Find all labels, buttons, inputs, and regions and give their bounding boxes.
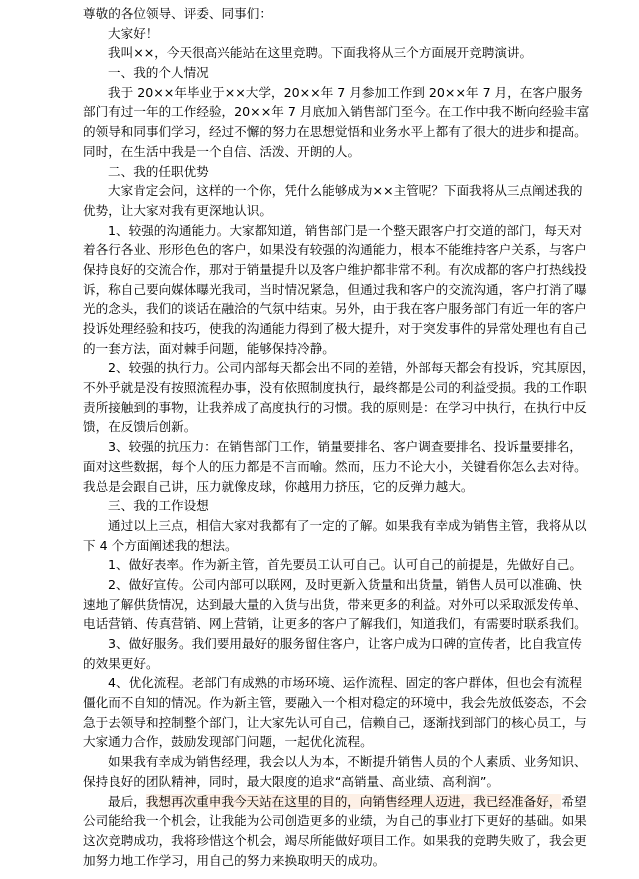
closing-paragraph: 最后，我想再次重申我今天站在这里的目的，向销售经理人迈进，我已经准备好，希望 — [83, 792, 559, 812]
paragraph-line: 诉，称自己要向媒体曝光我司，当时情况紧急，但通过我和客户的交流沟通，客户打消了曝 — [83, 280, 559, 300]
section-heading-advantages: 二、我的任职优势 — [83, 162, 559, 182]
salutation: 尊敬的各位领导、评委、同事们： — [83, 4, 559, 24]
paragraph-line: 通过以上三点，相信大家对我都有了一定的了解。如果我有幸成为销售主管，我将从以 — [83, 516, 559, 536]
paragraph-line: 大家通力合作，鼓励发现部门问题，一起优化流程。 — [83, 732, 559, 752]
section-heading-personal: 一、我的个人情况 — [83, 63, 559, 83]
closing-prefix: 最后， — [108, 794, 146, 809]
paragraph-line: 急于去领导和控制整个部门，让大家先认可自己，信赖自己，逐渐找到部门的核心员工，与 — [83, 713, 559, 733]
paragraph-line: 同时，在生活中我是一个自信、活泼、开朗的人。 — [83, 142, 559, 162]
plan-point-2: 2、做好宣传。公司内部可以联网，及时更新入货量和出货量，销售人员可以准确、快 — [83, 575, 559, 595]
paragraph-line: 保持良好的团队精神，同时，最大限度的追求“高销量、高业绩、高利润”。 — [83, 772, 559, 792]
plan-point-3: 3、做好服务。我们要用最好的服务留住客户，让客户成为口碑的宣传者，比自我宣传 — [83, 634, 559, 654]
paragraph-line: 不外乎就是没有按照流程办事，没有依照制度执行，最终都是公司的利益受损。我的工作职 — [83, 378, 559, 398]
paragraph-line: 速地了解供货情况，达到最大量的入货与出货，带来更多的利益。对外可以采取派发传单、 — [83, 595, 559, 615]
paragraph-line: 僵化而不自知的情况。作为新主管，要融入一个相对稳定的环境中，我会先放低姿态，不会 — [83, 693, 559, 713]
paragraph-line: 公司能给我一个机会，让我能为公司创造更多的业绩，为自己的事业打下更好的基础。如果 — [83, 811, 559, 831]
paragraph-line: 下 4 个方面阐述我的想法。 — [83, 536, 559, 556]
paragraph-line: 投诉处理经验和技巧，使我的沟通能力得到了极大提升，对于突发事件的异常处理也有自己 — [83, 319, 559, 339]
paragraph-line: 光的念头，我们的谈话在融洽的气氛中结束。另外，由于我在客户服务部门有近一年的客户 — [83, 299, 559, 319]
paragraph-line: 这次竞聘成功，我将珍惜这个机会，竭尽所能做好项目工作。如果我的竞聘失败了，我会更 — [83, 831, 559, 851]
paragraph-line: 的领导和同事们学习，经过不懈的努力在思想觉悟和业务水平上都有了很大的进步和提高。 — [83, 122, 559, 142]
paragraph-line: 着各行各业、形形色色的客户，如果没有较强的沟通能力，根本不能维持客户关系，与客户 — [83, 240, 559, 260]
plan-point-1: 1、做好表率。作为新主管，首先要员工认可自己。认可自己的前提是，先做好自己。 — [83, 555, 559, 575]
speech-document: 尊敬的各位领导、评委、同事们： 大家好！ 我叫××，今天很高兴能站在这里竞聘。下… — [83, 4, 559, 870]
paragraph-line: 责所接触到的事物，让我养成了高度执行的习惯。我的原则是：在学习中执行，在执行中反 — [83, 398, 559, 418]
advantage-point-1: 1、较强的沟通能力。大家都知道，销售部门是一个整天跟客户打交道的部门，每天对 — [83, 221, 559, 241]
highlighted-text[interactable]: 我想再次重申我今天站在这里的目的，向销售经理人迈进，我已经准备好， — [146, 794, 562, 809]
advantage-point-3: 3、较强的抗压力：在销售部门工作，销量要排名、客户调查要排名、投诉量要排名， — [83, 437, 559, 457]
paragraph-line: 优势，让大家对我有更深地认识。 — [83, 201, 559, 221]
paragraph-line: 保持良好的交流合作，那对于销量提升以及客户维护都非常不利。有次成都的客户打热线投 — [83, 260, 559, 280]
paragraph-line: 大家肯定会问，这样的一个你，凭什么能够成为××主管呢？下面我将从三点阐述我的 — [83, 181, 559, 201]
intro-paragraph: 我叫××，今天很高兴能站在这里竞聘。下面我将从三个方面展开竞聘演讲。 — [83, 43, 559, 63]
closing-suffix: 希望 — [561, 794, 586, 809]
manager-paragraph: 如果我有幸成为销售经理，我会以人为本，不断提升销售人员的个人素质、业务知识、 — [83, 752, 559, 772]
plan-point-4: 4、优化流程。老部门有成熟的市场环境、运作流程、固定的客户群体，但也会有流程 — [83, 673, 559, 693]
paragraph-line: 的效果更好。 — [83, 654, 559, 674]
paragraph-line: 加努力地工作学习，用自己的努力来换取明天的成功。 — [83, 851, 559, 871]
greeting: 大家好！ — [83, 24, 559, 44]
paragraph-line: 我于 20××年毕业于××大学，20××年 7 月参加工作到 20××年 7 月… — [83, 83, 559, 103]
section-heading-plans: 三、我的工作设想 — [83, 496, 559, 516]
paragraph-line: 我总是会跟自己讲，压力就像皮球，你越用力挤压，它的反弹力越大。 — [83, 477, 559, 497]
paragraph-line: 的一套方法，面对棘手问题，能够保持冷静。 — [83, 339, 559, 359]
advantage-point-2: 2、较强的执行力。公司内部每天都会出不同的差错，外部每天都会有投诉，究其原因， — [83, 358, 559, 378]
paragraph-line: 面对这些数据，每个人的压力都是不言而喻。然而，压力不论大小，关键看你怎么去对待。 — [83, 457, 559, 477]
paragraph-line: 馈，在反馈后创新。 — [83, 417, 559, 437]
paragraph-line: 电话营销、传真营销、网上营销，让更多的客户了解我们，知道我们，有需要时联系我们。 — [83, 614, 559, 634]
paragraph-line: 部门有过一年的工作经验，20××年 7 月底加入销售部门至今。在工作中我不断向经… — [83, 102, 559, 122]
